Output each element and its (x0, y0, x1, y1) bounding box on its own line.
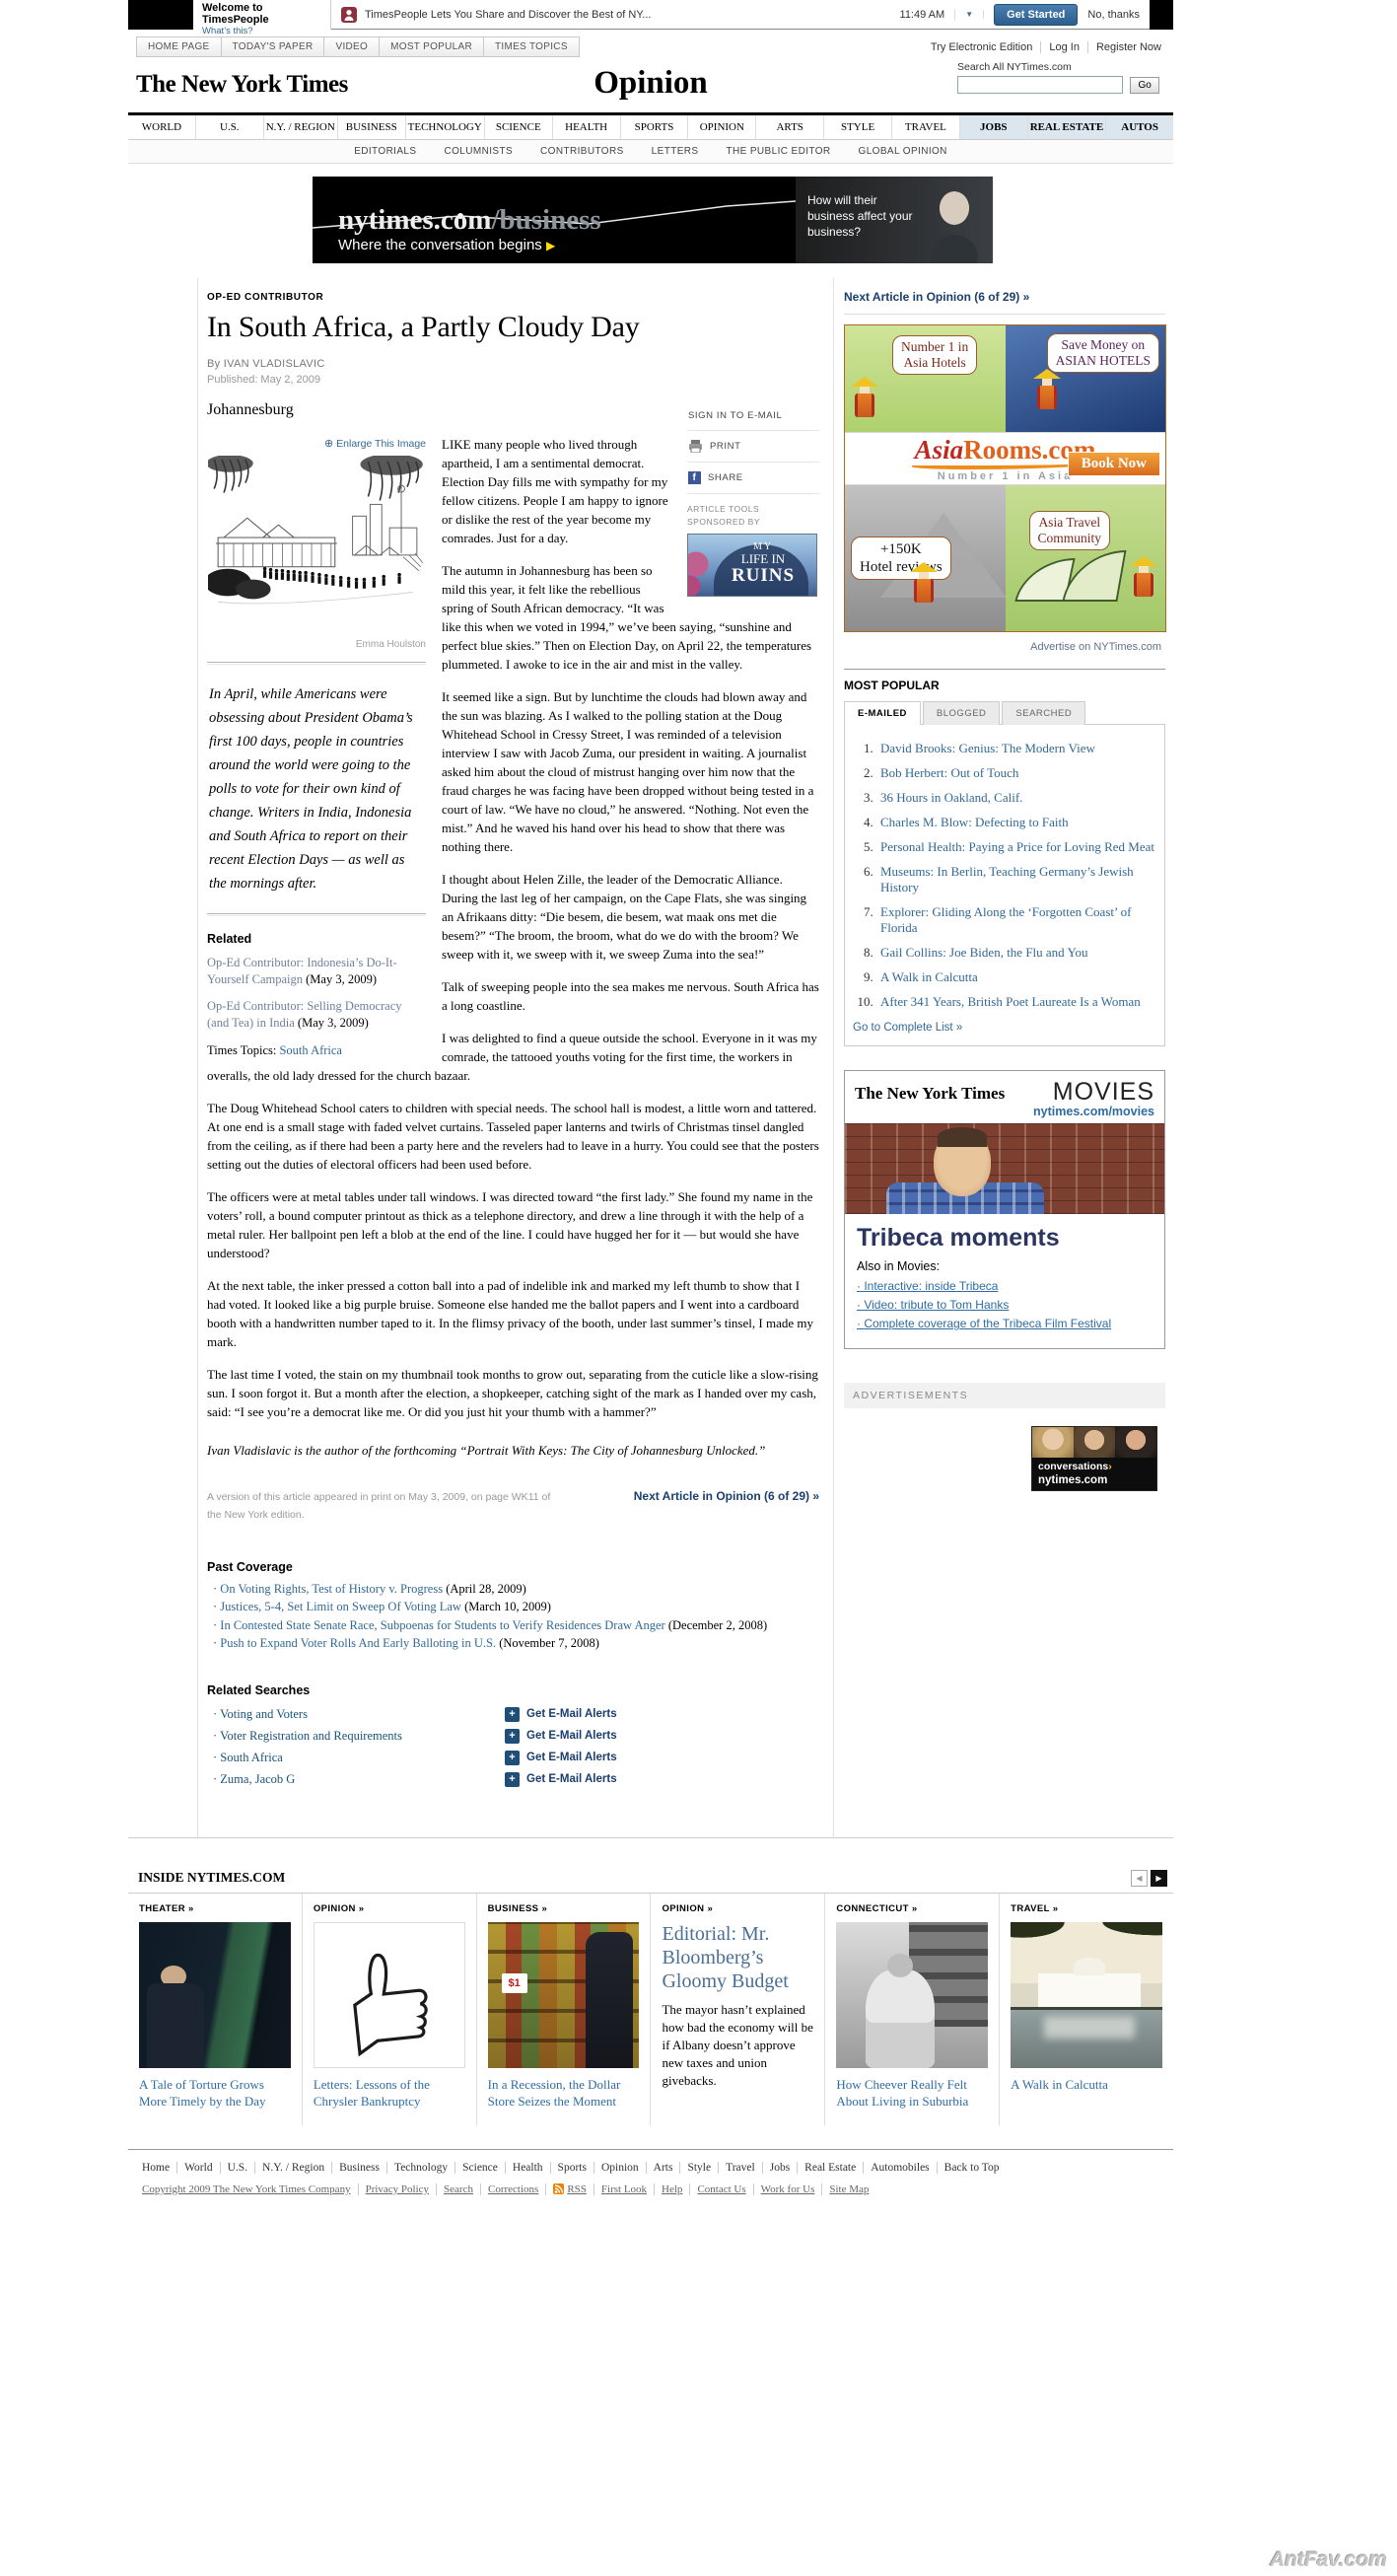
nav-opinion[interactable]: OPINION (688, 115, 756, 139)
search-input[interactable] (957, 76, 1123, 94)
most-popular-item[interactable]: Gail Collins: Joe Biden, the Flu and You (876, 945, 1156, 961)
movies-promo: The New York Times MOVIES nytimes.com/mo… (844, 1070, 1165, 1349)
enlarge-image-link[interactable]: ⊕ Enlarge This Image (207, 437, 426, 450)
movies-title: MOVIES (1033, 1080, 1154, 1105)
footer-link[interactable]: Help (654, 2183, 689, 2195)
asia-ad-panel-taj: Number 1 inAsia Hotels (845, 325, 1006, 432)
facebook-icon: f (688, 471, 701, 484)
advertise-link[interactable]: Advertise on NYTimes.com (848, 641, 1161, 653)
inside-section-link[interactable]: TRAVEL » (1011, 1903, 1162, 1914)
asia-ad-mascot (1033, 369, 1061, 409)
footer: HomeWorldU.S.N.Y. / RegionBusinessTechno… (128, 2149, 1173, 2225)
nav-travel[interactable]: TRAVEL (892, 115, 960, 139)
article-paragraph: The last time I voted, the stain on my t… (207, 1365, 819, 1421)
movies-link[interactable]: Complete coverage of the Tribeca Film Fe… (857, 1317, 1153, 1330)
nav-science[interactable]: SCIENCE (485, 115, 553, 139)
copyright-link[interactable]: Copyright 2009 The New York Times Compan… (142, 2183, 358, 2195)
movies-url-link[interactable]: nytimes.com/movies (1033, 1105, 1154, 1118)
tab-times-topics[interactable]: TIMES TOPICS (484, 36, 580, 57)
timespeople-welcome: Welcome to TimesPeople What’s this? (193, 0, 331, 30)
related-search-term[interactable]: Zuma, Jacob G (213, 1772, 505, 1787)
thumbs-up-icon (330, 1931, 449, 2059)
article-published-date: Published: May 2, 2009 (207, 374, 819, 386)
inside-column-opinion-letters: OPINION » Letters: Lessons of the Chrysl… (303, 1894, 477, 2125)
inside-section-link[interactable]: CONNECTICUT » (836, 1903, 988, 1914)
inside-section-link[interactable]: THEATER » (139, 1903, 291, 1914)
ad-band: nytimes.com/business Where the conversat… (128, 164, 1173, 278)
nav-business[interactable]: BUSINESS (338, 115, 406, 139)
past-coverage-link[interactable]: Justices, 5-4, Set Limit on Sweep Of Vot… (220, 1600, 461, 1613)
footer-link[interactable]: Site Map (821, 2183, 875, 2195)
nav-us[interactable]: U.S. (196, 115, 264, 139)
related-search-term[interactable]: South Africa (213, 1751, 505, 1765)
next-article-link[interactable]: Next Article in Opinion (6 of 29) » (634, 1489, 819, 1525)
past-coverage: Past Coverage On Voting Rights, Test of … (207, 1560, 819, 1652)
ad-portrait-photo (920, 184, 989, 263)
inside-nytimes: INSIDE NYTIMES.COM ◀ ▶ THEATER » A Tale … (128, 1864, 1173, 2125)
polling-queue-illustration[interactable] (207, 455, 426, 630)
face-graphic (934, 1131, 991, 1196)
sign-in-to-email-button[interactable]: SIGN IN TO E-MAIL (687, 401, 819, 431)
footer-link[interactable]: Science (454, 2162, 505, 2174)
tab-home-page[interactable]: HOME PAGE (136, 36, 222, 57)
inside-caption-link[interactable]: In a Recession, the Dollar Store Seizes … (488, 2076, 640, 2110)
tab-emailed[interactable]: E-MAILED (844, 701, 921, 725)
ad-question: How will their business affect your busi… (807, 192, 916, 241)
past-coverage-link[interactable]: In Contested State Senate Race, Subpoena… (220, 1618, 664, 1632)
inside-column-editorial: OPINION » Editorial: Mr. Bloomberg’s Glo… (651, 1894, 825, 2125)
nav-autos[interactable]: AUTOS (1106, 115, 1173, 139)
ad-brand: nytimes.com (338, 204, 491, 236)
past-coverage-link[interactable]: Push to Expand Voter Rolls And Early Bal… (220, 1636, 496, 1650)
inside-caption-link[interactable]: A Tale of Torture Grows More Timely by t… (139, 2076, 291, 2110)
price-sign: $1 (502, 1973, 527, 1993)
print-button[interactable]: PRINT (687, 431, 819, 463)
subnav-global-opinion[interactable]: GLOBAL OPINION (859, 146, 947, 157)
play-icon: ▶ (546, 239, 555, 252)
footer-link[interactable]: World (176, 2162, 219, 2174)
timespeople-message: TimesPeople Lets You Share and Discover … (365, 9, 651, 21)
tab-blogged[interactable]: BLOGGED (923, 701, 1001, 725)
ad-tagline: Where the conversation begins (338, 237, 542, 253)
nav-world[interactable]: WORLD (128, 115, 196, 139)
conversations-ad[interactable]: conversations› nytimes.com (1031, 1426, 1157, 1491)
inside-caption-link[interactable]: A Walk in Calcutta (1011, 2076, 1162, 2093)
divider (844, 314, 1165, 315)
author-bio: Ivan Vladislavic is the author of the fo… (207, 1441, 819, 1460)
past-coverage-item: On Voting Rights, Test of History v. Pro… (213, 1582, 819, 1598)
related-search-term[interactable]: Voter Registration and Requirements (213, 1729, 505, 1744)
article-byline: By IVAN VLADISLAVIC (207, 358, 819, 370)
ad-brand-suffix: /business (491, 204, 600, 236)
next-article-link[interactable]: Next Article in Opinion (6 of 29) » (844, 290, 1165, 304)
related-heading: Related (207, 932, 426, 946)
search-label: Search All NYTimes.com (957, 61, 1169, 73)
article-paragraph: At the next table, the inker pressed a c… (207, 1276, 819, 1351)
footer-link[interactable]: Style (679, 2162, 718, 2174)
page: Welcome to TimesPeople What’s this? Time… (0, 0, 1397, 2576)
footer-link[interactable]: Business (331, 2162, 386, 2174)
related-search-row: Voting and Voters +Get E-Mail Alerts (213, 1705, 819, 1724)
footer-link[interactable]: Privacy Policy (358, 2183, 436, 2195)
timespeople-main: TimesPeople Lets You Share and Discover … (331, 0, 1150, 30)
book-now-button[interactable]: Book Now (1068, 452, 1160, 476)
also-in-movies-label: Also in Movies: (857, 1259, 1153, 1273)
content-shell: Welcome to TimesPeople What’s this? Time… (128, 0, 1173, 2225)
search-area: Search All NYTimes.com Go (957, 61, 1169, 94)
footer-link[interactable]: Search (436, 2183, 480, 2195)
article-column: OP-ED CONTRIBUTOR In South Africa, a Par… (197, 278, 833, 1837)
divider (207, 662, 426, 665)
related-search-row: Zuma, Jacob G +Get E-Mail Alerts (213, 1770, 819, 1789)
footer-link[interactable]: Work for Us (753, 2183, 822, 2195)
asia-ad-mascot (851, 377, 878, 417)
subnav-contributors[interactable]: CONTRIBUTORS (540, 146, 624, 157)
related-searches-heading: Related Searches (207, 1683, 819, 1697)
no-thanks-link[interactable]: No, thanks (1087, 9, 1140, 21)
past-coverage-link[interactable]: On Voting Rights, Test of History v. Pro… (220, 1582, 443, 1596)
main-nav: WORLD U.S. N.Y. / REGION BUSINESS TECHNO… (128, 112, 1173, 140)
asia-ad-panel-opera-house: Asia TravelCommunity (1006, 485, 1166, 631)
plus-icon: + (505, 1729, 520, 1744)
footer-link[interactable]: Corrections (480, 2183, 545, 2195)
nav-sports[interactable]: SPORTS (621, 115, 689, 139)
try-electronic-edition-link[interactable]: Try Electronic Edition (923, 41, 1041, 53)
tab-todays-paper[interactable]: TODAY'S PAPER (222, 36, 325, 57)
article-tools: SIGN IN TO E-MAIL PRINT f SHARE ARTICLE … (687, 401, 819, 597)
related-search-row: South Africa +Get E-Mail Alerts (213, 1749, 819, 1767)
nyt-logo[interactable]: The New York Times (136, 71, 348, 99)
nav-jobs[interactable]: JOBS (960, 115, 1028, 139)
related-search-term[interactable]: Voting and Voters (213, 1707, 505, 1722)
most-popular-item[interactable]: Personal Health: Paying a Price for Lovi… (876, 839, 1156, 855)
article-paragraph: The Doug Whitehead School caters to chil… (207, 1099, 819, 1174)
masthead: The New York Times Opinion Search All NY… (128, 57, 1173, 112)
nyt-logo-small: The New York Times (855, 1080, 1005, 1118)
timespeople-bar-end (1150, 0, 1173, 30)
media-rail: ⊕ Enlarge This Image (207, 437, 426, 1058)
inside-column-theater: THEATER » A Tale of Torture Grows More T… (128, 1894, 303, 2125)
tab-video[interactable]: VIDEO (324, 36, 380, 57)
timespeople-welcome-title: Welcome to TimesPeople (202, 2, 321, 26)
footer-link[interactable]: N.Y. / Region (254, 2162, 331, 2174)
rss-icon (553, 2183, 564, 2194)
most-popular-item[interactable]: A Walk in Calcutta (876, 969, 1156, 985)
asiarooms-ad[interactable]: Number 1 inAsia Hotels Save Money onASIA… (844, 324, 1166, 632)
plus-icon: + (505, 1751, 520, 1765)
timespeople-icon (341, 7, 357, 23)
asia-ad-panel-hotels: Save Money onASIAN HOTELS (1006, 325, 1166, 432)
timespeople-bar: Welcome to TimesPeople What’s this? Time… (128, 0, 1173, 30)
get-email-alerts-button[interactable]: +Get E-Mail Alerts (505, 1751, 617, 1765)
most-popular-title: MOST POPULAR (844, 679, 1165, 692)
most-popular-item[interactable]: Bob Herbert: Out of Touch (876, 765, 1156, 781)
register-now-link[interactable]: Register Now (1087, 41, 1169, 53)
article-kicker: OP-ED CONTRIBUTOR (207, 292, 819, 303)
footer-link[interactable]: Contact Us (689, 2183, 752, 2195)
most-popular-item[interactable]: Charles M. Blow: Defecting to Faith (876, 815, 1156, 830)
inside-caption-link[interactable]: Letters: Lessons of the Chrysler Bankrup… (314, 2076, 465, 2110)
timespeople-logo-area (128, 0, 193, 30)
footer-link[interactable]: Real Estate (797, 2162, 863, 2174)
illustration-credit: Emma Houlston (207, 639, 426, 650)
sponsor-ad-my-life-in-ruins[interactable]: MY LIFE IN RUINS (687, 534, 817, 597)
nav-style[interactable]: STYLE (824, 115, 892, 139)
timespeople-time: 11:49 AM (900, 9, 956, 21)
get-email-alerts-button[interactable]: +Get E-Mail Alerts (505, 1707, 617, 1722)
get-email-alerts-button[interactable]: +Get E-Mail Alerts (505, 1729, 617, 1744)
asia-ad-mascot (1130, 556, 1157, 597)
asia-ad-mascot (910, 562, 938, 603)
arrow-icon: › (1108, 1461, 1112, 1472)
most-popular: MOST POPULAR E-MAILED BLOGGED SEARCHED D… (844, 669, 1165, 1046)
most-popular-item[interactable]: David Brooks: Genius: The Modern View (876, 741, 1156, 756)
related-item: Op-Ed Contributor: Indonesia’s Do-It-You… (207, 955, 426, 988)
plus-icon: + (505, 1707, 520, 1722)
inside-column-business: BUSINESS » $1 In a Recession, the Dollar… (477, 1894, 652, 2125)
share-button[interactable]: f SHARE (687, 463, 819, 494)
rss-link[interactable]: RSS (545, 2183, 594, 2195)
tab-searched[interactable]: SEARCHED (1002, 701, 1085, 725)
whats-this-link[interactable]: What’s this? (202, 26, 321, 36)
complete-list-link[interactable]: Go to Complete List » (853, 1022, 1156, 1034)
nav-ny-region[interactable]: N.Y. / REGION (264, 115, 338, 139)
past-coverage-item: In Contested State Senate Race, Subpoena… (213, 1618, 804, 1634)
inside-nytimes-title: INSIDE NYTIMES.COM (138, 1870, 285, 1886)
nav-technology[interactable]: TECHNOLOGY (406, 115, 485, 139)
inside-column-connecticut: CONNECTICUT » How Cheever Really Felt Ab… (825, 1894, 1000, 2125)
get-email-alerts-button[interactable]: +Get E-Mail Alerts (505, 1772, 617, 1787)
inside-section-link[interactable]: OPINION » (314, 1903, 465, 1914)
article-zone: OP-ED CONTRIBUTOR In South Africa, a Par… (128, 278, 1173, 1838)
back-to-top-link[interactable]: Back to Top (937, 2162, 1007, 2174)
search-go-button[interactable]: Go (1130, 77, 1158, 94)
related-search-row: Voter Registration and Requirements +Get… (213, 1727, 819, 1746)
cheever-photo[interactable] (836, 1922, 988, 2068)
subnav-public-editor[interactable]: THE PUBLIC EDITOR (726, 146, 830, 157)
article-paragraph: The officers were at metal tables under … (207, 1187, 819, 1262)
movies-link[interactable]: Video: tribute to Tom Hanks (857, 1298, 1153, 1312)
most-popular-item[interactable]: Museums: In Berlin, Teaching Germany’s J… (876, 864, 1156, 895)
dollar-store-photo[interactable]: $1 (488, 1922, 640, 2068)
footer-link[interactable]: Opinion (594, 2162, 646, 2174)
advertisements-label: ADVERTISEMENTS (844, 1383, 1165, 1408)
past-coverage-item: Justices, 5-4, Set Limit on Sweep Of Vot… (213, 1600, 819, 1615)
tab-most-popular[interactable]: MOST POPULAR (380, 36, 484, 57)
most-popular-item[interactable]: After 341 Years, British Poet Laureate I… (876, 994, 1156, 1010)
past-coverage-item: Push to Expand Voter Rolls And Early Bal… (213, 1636, 819, 1652)
watermark: AntFav.com (1270, 2548, 1387, 2572)
footer-link[interactable]: Health (505, 2162, 550, 2174)
magnifier-plus-icon: ⊕ (324, 438, 333, 450)
most-popular-item[interactable]: Explorer: Gliding Along the ‘Forgotten C… (876, 904, 1156, 936)
most-popular-item[interactable]: 36 Hours in Oakland, Calif. (876, 790, 1156, 806)
nav-arts[interactable]: ARTS (756, 115, 824, 139)
carousel-next-button[interactable]: ▶ (1151, 1870, 1167, 1887)
conversations-faces (1032, 1427, 1156, 1458)
subnav-columnists[interactable]: COLUMNISTS (444, 146, 513, 157)
inside-section-link[interactable]: BUSINESS » (488, 1903, 640, 1914)
footer-link[interactable]: First Look (594, 2183, 654, 2195)
footer-link[interactable]: Automobiles (863, 2162, 936, 2174)
sponsored-label: ARTICLE TOOLSSPONSORED BY (687, 503, 819, 529)
calcutta-photo[interactable] (1011, 1922, 1162, 2068)
nav-health[interactable]: HEALTH (553, 115, 621, 139)
asia-ad-panel-pyramid: +150KHotel reviews (845, 485, 1006, 631)
tribeca-photo[interactable] (845, 1123, 1164, 1214)
shopper-silhouette (586, 1932, 633, 2068)
inside-section-link[interactable]: OPINION » (662, 1903, 813, 1914)
times-topics-row: Times Topics: South Africa (207, 1043, 426, 1058)
get-started-button[interactable]: Get Started (994, 4, 1078, 26)
leaderboard-ad[interactable]: nytimes.com/business Where the conversat… (313, 177, 993, 263)
footer-link[interactable]: Technology (386, 2162, 454, 2174)
log-in-link[interactable]: Log In (1040, 41, 1087, 53)
footer-link[interactable]: Arts (646, 2162, 680, 2174)
subnav-letters[interactable]: LETTERS (652, 146, 699, 157)
footer-link[interactable]: U.S. (220, 2162, 254, 2174)
series-summary: In April, while Americans were obsessing… (209, 682, 424, 895)
theater-photo[interactable] (139, 1922, 291, 2068)
movies-headline: Tribeca moments (857, 1224, 1153, 1252)
opinion-sub-nav: EDITORIALS COLUMNISTS CONTRIBUTORS LETTE… (128, 140, 1173, 164)
carousel-prev-button[interactable]: ◀ (1131, 1870, 1148, 1887)
nav-real-estate[interactable]: REAL ESTATE (1028, 115, 1106, 139)
times-topics-link[interactable]: South Africa (279, 1043, 342, 1057)
footer-link[interactable]: Jobs (762, 2162, 797, 2174)
right-rail: Next Article in Opinion (6 of 29) » Numb… (833, 278, 1173, 1837)
divider (207, 913, 426, 916)
footer-link[interactable]: Home (142, 2162, 176, 2174)
chevron-down-icon[interactable]: ▼ (965, 10, 984, 19)
print-note-row: A version of this article appeared in pr… (207, 1489, 819, 1525)
printer-icon (688, 440, 703, 453)
past-coverage-heading: Past Coverage (207, 1560, 819, 1574)
print-edition-note: A version of this article appeared in pr… (207, 1489, 562, 1525)
footer-link[interactable]: Sports (550, 2162, 594, 2174)
subnav-editorials[interactable]: EDITORIALS (354, 146, 416, 157)
thumbs-up-drawing[interactable] (314, 1922, 465, 2068)
movies-link[interactable]: Interactive: inside Tribeca (857, 1279, 1153, 1293)
inside-caption-link[interactable]: How Cheever Really Felt About Living in … (836, 2076, 988, 2110)
editorial-summary: The mayor hasn’t explained how bad the e… (662, 2001, 813, 2090)
editorial-headline-link[interactable]: Editorial: Mr. Bloomberg’s Gloomy Budget (662, 1922, 813, 1993)
inside-column-travel: TRAVEL » A Walk in Calcutta (1000, 1894, 1173, 2125)
footer-link[interactable]: Travel (718, 2162, 762, 2174)
related-searches: Related Searches Voting and Voters +Get … (207, 1683, 819, 1789)
article-headline: In South Africa, a Partly Cloudy Day (207, 311, 819, 344)
related-item: Op-Ed Contributor: Selling Democracy (an… (207, 998, 426, 1032)
plus-icon: + (505, 1772, 520, 1787)
